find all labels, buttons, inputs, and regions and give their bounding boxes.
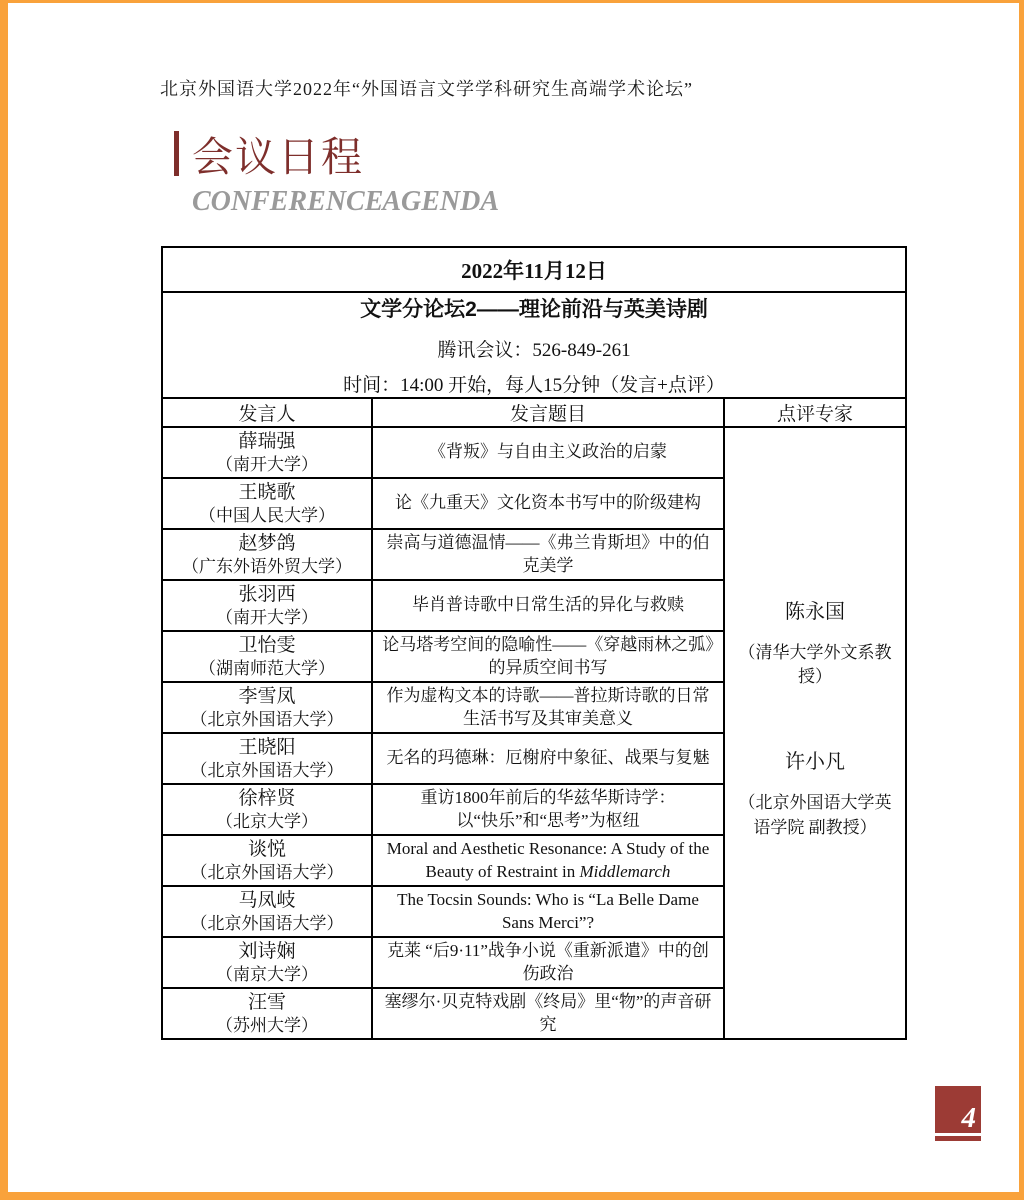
- speaker-affiliation: （北京大学）: [163, 811, 371, 832]
- speaker-affiliation: （南开大学）: [163, 454, 371, 475]
- speaker-name: 赵梦鸽: [163, 532, 371, 556]
- forum-header-cell: 文学分论坛2——理论前沿与英美诗剧 腾讯会议：526-849-261 时间：14…: [162, 292, 906, 398]
- speaker-cell: 马凤岐（北京外国语大学）: [162, 886, 372, 937]
- speaker-affiliation: （北京外国语大学）: [163, 709, 371, 730]
- speaker-name: 李雪凤: [163, 685, 371, 709]
- speaker-cell: 王晓阳（北京外国语大学）: [162, 733, 372, 784]
- speaker-cell: 卫怡雯（湖南师范大学）: [162, 631, 372, 682]
- speaker-name: 薛瑞强: [163, 430, 371, 454]
- speaker-name: 王晓阳: [163, 736, 371, 760]
- speaker-cell: 王晓歌（中国人民大学）: [162, 478, 372, 529]
- topic-text: 论《九重天》文化资本书写中的阶级建构: [395, 493, 701, 512]
- topic-italic-text: Middlemarch: [579, 862, 670, 881]
- page-number-block: 4: [935, 1086, 981, 1141]
- page-number: 4: [962, 1104, 977, 1133]
- date-row: 2022年11月12日: [162, 247, 906, 292]
- title-block: 会议日程 CONFERENCE AGENDA: [174, 124, 499, 218]
- speaker-name: 徐梓贤: [163, 787, 371, 811]
- topic-text: 重访1800年前后的华兹华斯诗学： 以“快乐”和“思考”为枢纽: [421, 788, 676, 830]
- page-number-accent-bar: [935, 1136, 981, 1141]
- experts-list: 陈永国（清华大学外文系教授）许小凡（北京外国语大学英语学院 副教授）: [725, 598, 905, 841]
- expert-block: 陈永国（清华大学外文系教授）: [725, 598, 905, 690]
- table-row: 薛瑞强（南开大学）《背叛》与自由主义政治的启蒙陈永国（清华大学外文系教授）许小凡…: [162, 427, 906, 478]
- expert-affiliation: （清华大学外文系教授）: [725, 641, 905, 690]
- speaker-affiliation: （湖南师范大学）: [163, 658, 371, 679]
- topic-cell: Moral and Aesthetic Resonance: A Study o…: [372, 835, 724, 886]
- speaker-name: 马凤岐: [163, 889, 371, 913]
- forum-header-row: 文学分论坛2——理论前沿与英美诗剧 腾讯会议：526-849-261 时间：14…: [162, 292, 906, 398]
- topic-cell: 重访1800年前后的华兹华斯诗学： 以“快乐”和“思考”为枢纽: [372, 784, 724, 835]
- topic-text: 塞缪尔·贝克特戏剧《终局》里“物”的声音研究: [385, 992, 712, 1034]
- page-title: 会议日程: [192, 124, 364, 183]
- speaker-affiliation: （苏州大学）: [163, 1015, 371, 1036]
- topic-cell: 《背叛》与自由主义政治的启蒙: [372, 427, 724, 478]
- document-page: 北京外国语大学2022年“外国语言文学学科研究生高端学术论坛” 会议日程 CON…: [0, 0, 1024, 1200]
- speaker-cell: 赵梦鸽（广东外语外贸大学）: [162, 529, 372, 580]
- session-date: 2022年11月12日: [162, 247, 906, 292]
- topic-text: The Tocsin Sounds: Who is “La Belle Dame…: [397, 890, 699, 932]
- speaker-affiliation: （南京大学）: [163, 964, 371, 985]
- topic-cell: 无名的玛德琳：厄榭府中象征、战栗与复魅: [372, 733, 724, 784]
- column-header-row: 发言人 发言题目 点评专家: [162, 398, 906, 427]
- meeting-id-line: 腾讯会议：526-849-261: [163, 335, 905, 362]
- topic-cell: 论马塔考空间的隐喻性——《穿越雨林之弧》的异质空间书写: [372, 631, 724, 682]
- topic-cell: The Tocsin Sounds: Who is “La Belle Dame…: [372, 886, 724, 937]
- speaker-cell: 谈悦（北京外国语大学）: [162, 835, 372, 886]
- topic-cell: 塞缪尔·贝克特戏剧《终局》里“物”的声音研究: [372, 988, 724, 1039]
- page-number-badge: 4: [935, 1086, 981, 1133]
- speaker-affiliation: （中国人民大学）: [163, 505, 371, 526]
- time-line: 时间：14:00 开始，每人15分钟（发言+点评）: [163, 370, 905, 397]
- topic-text: 论马塔考空间的隐喻性——《穿越雨林之弧》的异质空间书写: [382, 635, 714, 677]
- document-header: 北京外国语大学2022年“外国语言文学学科研究生高端学术论坛”: [160, 75, 693, 101]
- speaker-cell: 张羽西（南开大学）: [162, 580, 372, 631]
- topic-text: 崇高与道德温情——《弗兰肯斯坦》中的伯克美学: [387, 533, 710, 575]
- speaker-affiliation: （北京外国语大学）: [163, 862, 371, 883]
- forum-title: 文学分论坛2——理论前沿与英美诗剧: [163, 293, 905, 323]
- topic-cell: 毕肖普诗歌中日常生活的异化与救赎: [372, 580, 724, 631]
- topic-text: 作为虚构文本的诗歌——普拉斯诗歌的日常生活书写及其审美意义: [387, 686, 710, 728]
- topic-cell: 克莱 “后9·11”战争小说《重新派遣》中的创伤政治: [372, 937, 724, 988]
- column-header-topic: 发言题目: [372, 398, 724, 427]
- speaker-affiliation: （北京外国语大学）: [163, 760, 371, 781]
- speaker-affiliation: （广东外语外贸大学）: [163, 556, 371, 577]
- expert-name: 陈永国: [725, 598, 905, 627]
- speaker-cell: 汪雪（苏州大学）: [162, 988, 372, 1039]
- topic-cell: 论《九重天》文化资本书写中的阶级建构: [372, 478, 724, 529]
- topic-text: 无名的玛德琳：厄榭府中象征、战栗与复魅: [387, 748, 710, 767]
- experts-cell: 陈永国（清华大学外文系教授）许小凡（北京外国语大学英语学院 副教授）: [724, 427, 906, 1039]
- agenda-table-body: 2022年11月12日 文学分论坛2——理论前沿与英美诗剧 腾讯会议：526-8…: [162, 247, 906, 1039]
- speaker-name: 王晓歌: [163, 481, 371, 505]
- page-subtitle: CONFERENCE AGENDA: [192, 186, 499, 218]
- speaker-name: 刘诗娴: [163, 940, 371, 964]
- topic-cell: 崇高与道德温情——《弗兰肯斯坦》中的伯克美学: [372, 529, 724, 580]
- speaker-name: 谈悦: [163, 838, 371, 862]
- speaker-affiliation: （北京外国语大学）: [163, 913, 371, 934]
- topic-text: 克莱 “后9·11”战争小说《重新派遣》中的创伤政治: [387, 941, 709, 983]
- speaker-cell: 薛瑞强（南开大学）: [162, 427, 372, 478]
- topic-text: 毕肖普诗歌中日常生活的异化与救赎: [412, 595, 684, 614]
- speaker-name: 张羽西: [163, 583, 371, 607]
- agenda-table: 2022年11月12日 文学分论坛2——理论前沿与英美诗剧 腾讯会议：526-8…: [161, 246, 907, 1040]
- column-header-speaker: 发言人: [162, 398, 372, 427]
- topic-cell: 作为虚构文本的诗歌——普拉斯诗歌的日常生活书写及其审美意义: [372, 682, 724, 733]
- speaker-cell: 徐梓贤（北京大学）: [162, 784, 372, 835]
- speaker-cell: 李雪凤（北京外国语大学）: [162, 682, 372, 733]
- speaker-name: 卫怡雯: [163, 634, 371, 658]
- expert-affiliation: （北京外国语大学英语学院 副教授）: [725, 791, 905, 840]
- speaker-name: 汪雪: [163, 991, 371, 1015]
- expert-name: 许小凡: [725, 748, 905, 777]
- column-header-expert: 点评专家: [724, 398, 906, 427]
- title-accent-bar: [174, 131, 179, 176]
- topic-text: 《背叛》与自由主义政治的启蒙: [429, 442, 667, 461]
- speaker-affiliation: （南开大学）: [163, 607, 371, 628]
- speaker-cell: 刘诗娴（南京大学）: [162, 937, 372, 988]
- expert-block: 许小凡（北京外国语大学英语学院 副教授）: [725, 748, 905, 840]
